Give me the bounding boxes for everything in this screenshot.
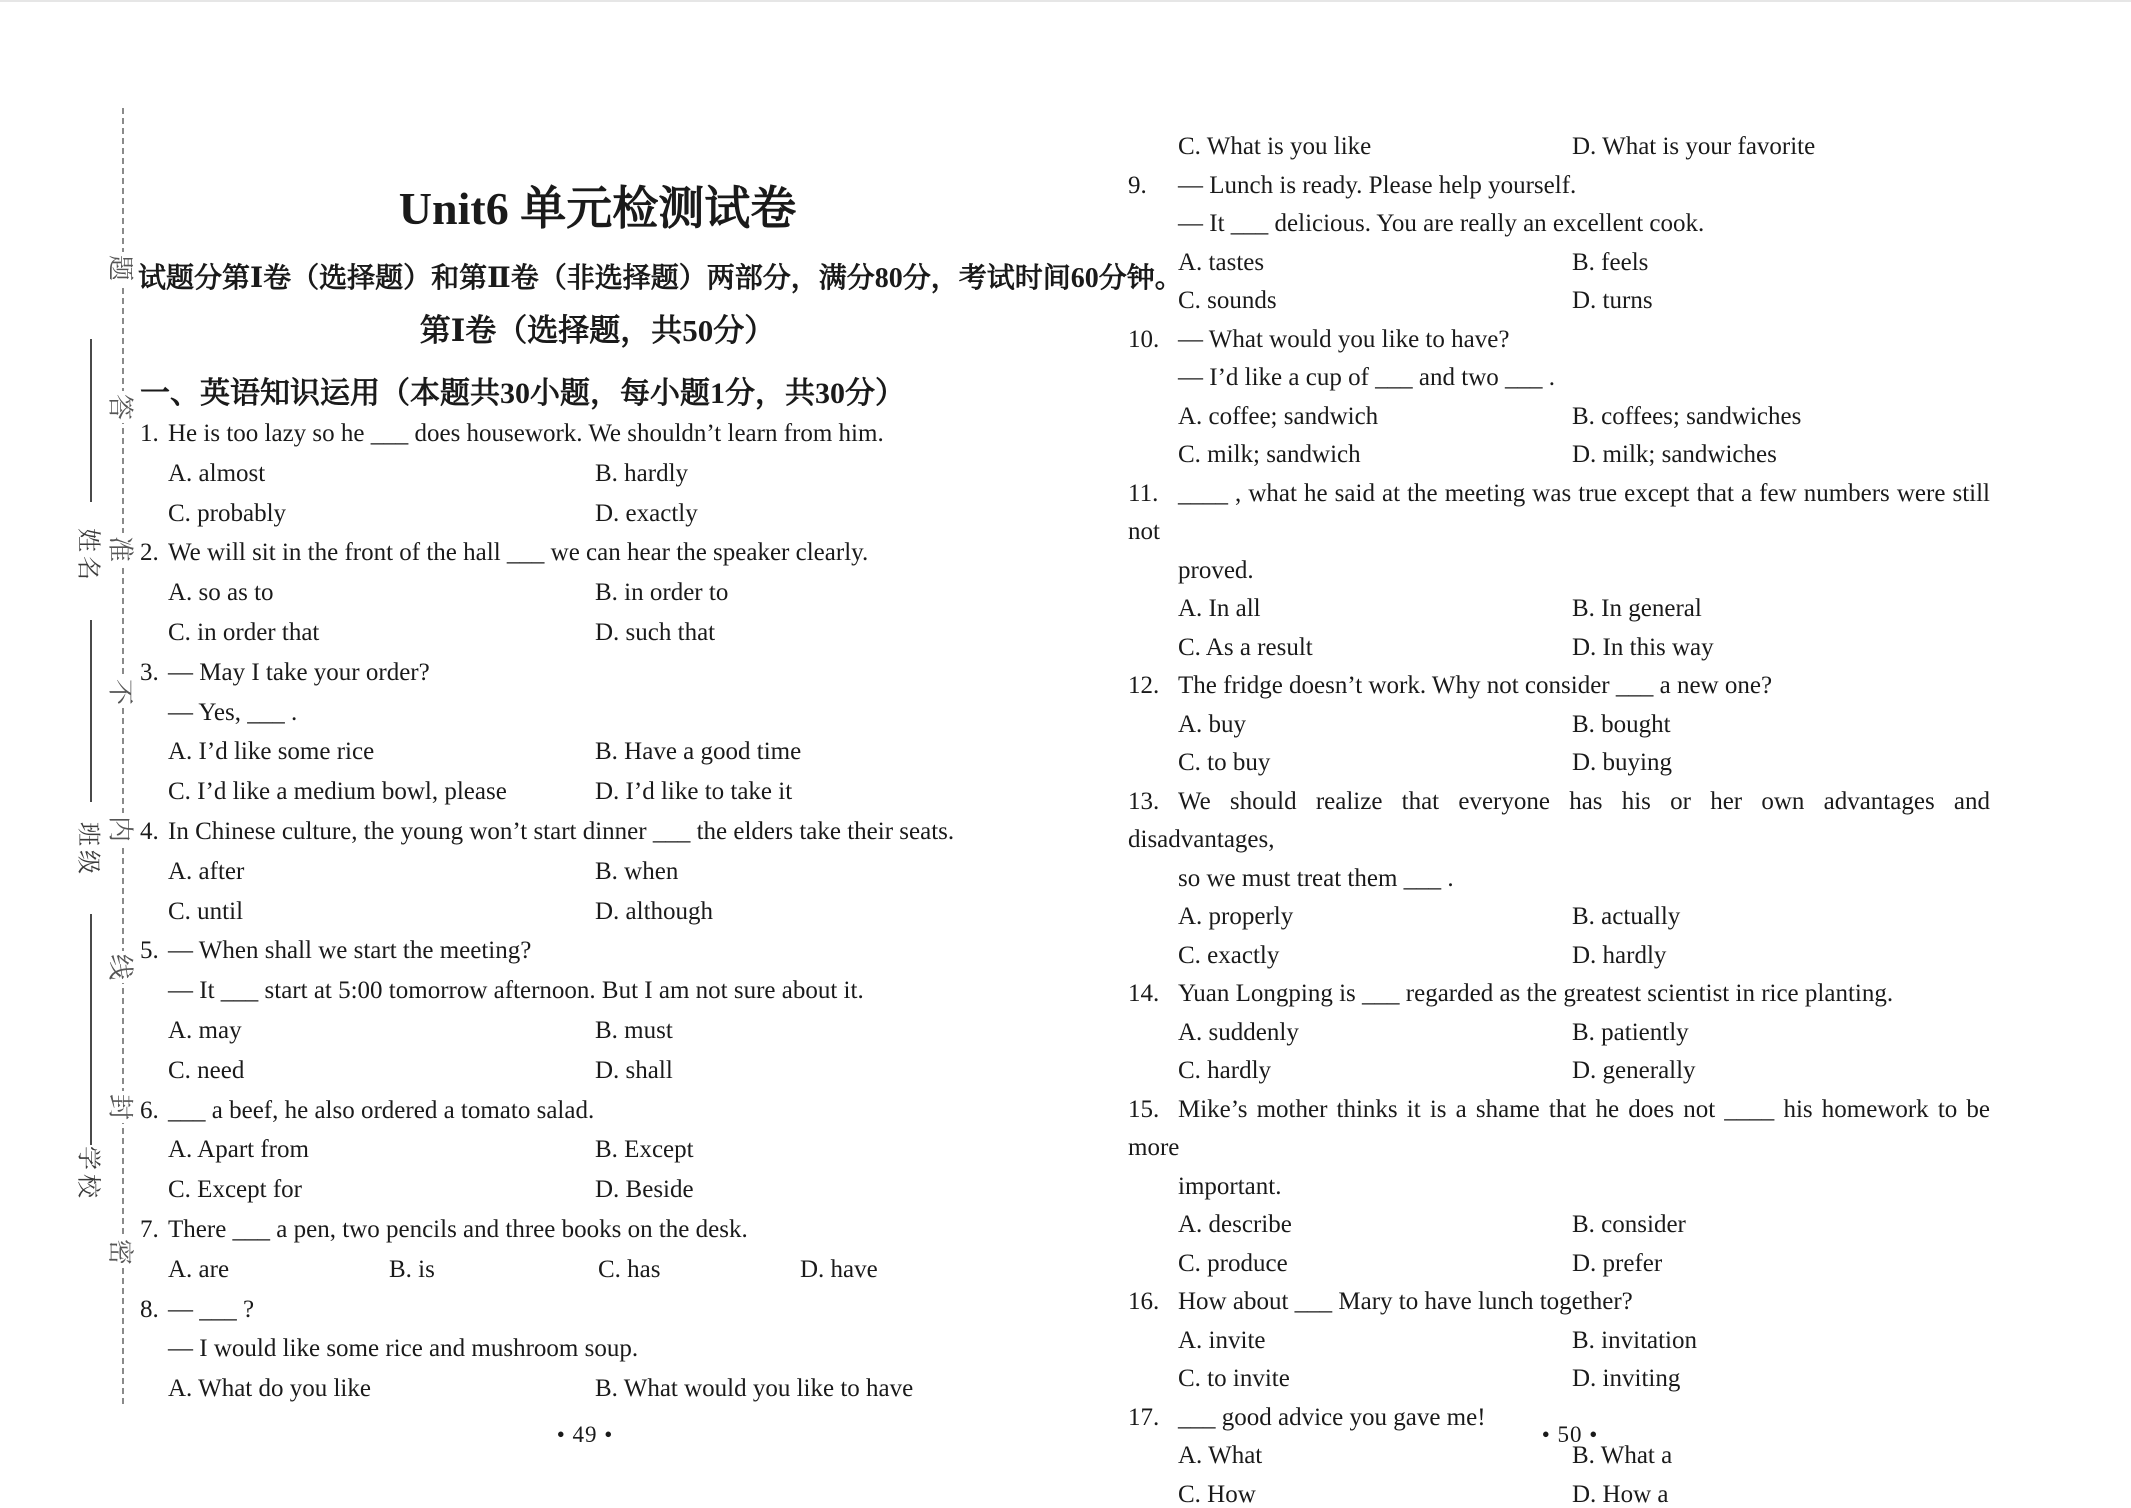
- question-item: 7.There ___ a pen, two pencils and three…: [140, 1210, 968, 1290]
- option-cell: C. exactly: [1178, 937, 1572, 976]
- stem-text: ____ , what he said at the meeting was t…: [1128, 480, 1990, 546]
- option-row: C. in order thatD. such that: [140, 613, 968, 653]
- option-row: C. probablyD. exactly: [140, 494, 968, 534]
- stem-text: — ___ ?: [168, 1296, 254, 1323]
- option-cell: D. What is your favorite: [1572, 128, 1815, 167]
- question-item: 10.— What would you like to have?— I’d l…: [1128, 321, 1990, 475]
- option-cell: D. turns: [1572, 282, 1653, 321]
- question-line: proved.: [1128, 552, 1990, 591]
- option-cell: B. What would you like to have: [595, 1369, 913, 1409]
- option-cell: A. are: [168, 1250, 389, 1290]
- option-cell: D. How a: [1572, 1476, 1669, 1508]
- option-cell: D. hardly: [1572, 937, 1666, 976]
- stem-text: There ___ a pen, two pencils and three b…: [168, 1216, 748, 1243]
- option-row: A. tastesB. feels: [1128, 244, 1990, 283]
- question-number: 8.: [140, 1290, 168, 1330]
- stem-text: Mike’s mother thinks it is a shame that …: [1128, 1096, 1990, 1162]
- question-stem: 12.The fridge doesn’t work. Why not cons…: [1128, 667, 1990, 706]
- seal-label: 班级: [74, 822, 109, 878]
- question-item: 17.___ good advice you gave me!A. WhatB.…: [1128, 1399, 1990, 1508]
- option-row: A. so as toB. in order to: [140, 573, 968, 613]
- option-row: A. suddenlyB. patiently: [1128, 1014, 1990, 1053]
- option-cell: D. Beside: [595, 1170, 694, 1210]
- seal-char: 线: [104, 951, 141, 983]
- option-row: A. mayB. must: [140, 1011, 968, 1051]
- option-row: A. properlyB. actually: [1128, 898, 1990, 937]
- option-cell: B. Have a good time: [595, 732, 801, 772]
- left-page-number: • 49 •: [140, 1422, 1030, 1448]
- option-cell: B. must: [595, 1011, 673, 1051]
- seal-char: 内: [104, 813, 141, 845]
- option-cell: B. patiently: [1572, 1014, 1689, 1053]
- question-item: 14.Yuan Longping is ___ regarded as the …: [1128, 975, 1990, 1091]
- question-number: 15.: [1128, 1091, 1178, 1130]
- question-line: — It ___ delicious. You are really an ex…: [1128, 205, 1990, 244]
- question-number: 13.: [1128, 783, 1178, 822]
- option-cell: B. actually: [1572, 898, 1680, 937]
- page-title: Unit6 单元检测试卷: [140, 172, 1055, 238]
- option-cell: C. probably: [168, 494, 595, 534]
- option-cell: D. buying: [1572, 744, 1672, 783]
- question-stem: 9.— Lunch is ready. Please help yourself…: [1128, 167, 1990, 206]
- option-row: C. untilD. although: [140, 892, 968, 932]
- seal-char: 不: [104, 676, 141, 708]
- option-cell: D. generally: [1572, 1052, 1696, 1091]
- seal-label: 学校: [74, 1146, 109, 1202]
- question-stem: 15.Mike’s mother thinks it is a shame th…: [1128, 1091, 1990, 1168]
- question-item: 11.____ , what he said at the meeting wa…: [1128, 475, 1990, 668]
- stem-text: We will sit in the front of the hall ___…: [168, 539, 868, 566]
- option-row: A. afterB. when: [140, 852, 968, 892]
- stem-text: How about ___ Mary to have lunch togethe…: [1178, 1288, 1633, 1315]
- stem-text: — May I take your order?: [168, 659, 430, 686]
- seal-dashed-line: [122, 108, 124, 1404]
- option-row: A. almostB. hardly: [140, 454, 968, 494]
- option-cell: C. I’d like a medium bowl, please: [168, 772, 595, 812]
- option-cell: A. so as to: [168, 573, 595, 613]
- question-item: 4.In Chinese culture, the young won’t st…: [140, 812, 968, 931]
- option-cell: C. Except for: [168, 1170, 595, 1210]
- option-cell: C. What is you like: [1178, 128, 1572, 167]
- seal-char: 准: [104, 533, 141, 565]
- question-number: 11.: [1128, 475, 1178, 514]
- seal-char: 答: [104, 391, 141, 423]
- question-number: 7.: [140, 1210, 168, 1250]
- question-stem: 14.Yuan Longping is ___ regarded as the …: [1128, 975, 1990, 1014]
- question-item: 2.We will sit in the front of the hall _…: [140, 533, 968, 652]
- question-item: 3.— May I take your order?— Yes, ___ .A.…: [140, 653, 968, 812]
- question-line: — Yes, ___ .: [140, 693, 968, 733]
- stem-text: He is too lazy so he ___ does housework.…: [168, 420, 884, 447]
- option-cell: C. produce: [1178, 1245, 1572, 1284]
- option-cell: B. is: [389, 1250, 598, 1290]
- question-item: 15.Mike’s mother thinks it is a shame th…: [1128, 1091, 1990, 1284]
- question-line: — It ___ start at 5:00 tomorrow afternoo…: [140, 971, 968, 1011]
- seal-blank-line: [90, 339, 92, 502]
- question-stem: 4.In Chinese culture, the young won’t st…: [140, 812, 968, 852]
- question-number: 5.: [140, 931, 168, 971]
- seal-label: 姓名: [74, 528, 109, 584]
- stem-text: Yuan Longping is ___ regarded as the gre…: [1178, 980, 1893, 1007]
- question-item: 1.He is too lazy so he ___ does housewor…: [140, 414, 968, 533]
- question-stem: 10.— What would you like to have?: [1128, 321, 1990, 360]
- seal-blank-line: [90, 620, 92, 802]
- question-stem: 8.— ___ ?: [140, 1290, 968, 1330]
- seal-char: 封: [104, 1091, 141, 1123]
- option-cell: C. sounds: [1178, 282, 1572, 321]
- option-row: A. What do you likeB. What would you lik…: [140, 1369, 968, 1409]
- option-cell: C. until: [168, 892, 595, 932]
- option-row: A. coffee; sandwichB. coffees; sandwiche…: [1128, 398, 1990, 437]
- option-row: A. In allB. In general: [1128, 590, 1990, 629]
- question-number: 3.: [140, 653, 168, 693]
- option-cell: A. I’d like some rice: [168, 732, 595, 772]
- question-number: 4.: [140, 812, 168, 852]
- question-line: so we must treat them ___ .: [1128, 860, 1990, 899]
- question-item: 8.— ___ ?— I would like some rice and mu…: [140, 1290, 968, 1409]
- section-heading: 一、英语知识运用（本题共30小题，每小题1分，共30分）: [140, 368, 905, 412]
- stem-text: The fridge doesn’t work. Why not conside…: [1178, 672, 1772, 699]
- option-cell: C. milk; sandwich: [1178, 436, 1572, 475]
- question-number: 14.: [1128, 975, 1178, 1014]
- question-stem: 2.We will sit in the front of the hall _…: [140, 533, 968, 573]
- option-cell: A. invite: [1178, 1322, 1572, 1361]
- question-number: 6.: [140, 1091, 168, 1131]
- option-cell: C. to invite: [1178, 1360, 1572, 1399]
- stem-text: ___ a beef, he also ordered a tomato sal…: [168, 1097, 594, 1124]
- option-cell: A. may: [168, 1011, 595, 1051]
- option-cell: B. Except: [595, 1130, 694, 1170]
- option-cell: C. has: [598, 1250, 800, 1290]
- seal-char: 密: [104, 1236, 141, 1268]
- option-row: C. needD. shall: [140, 1051, 968, 1091]
- question-number: 1.: [140, 414, 168, 454]
- option-cell: A. almost: [168, 454, 595, 494]
- question-number: 16.: [1128, 1283, 1178, 1322]
- option-cell: D. such that: [595, 613, 715, 653]
- question-stem: 7.There ___ a pen, two pencils and three…: [140, 1210, 968, 1250]
- question-line: — I would like some rice and mushroom so…: [140, 1329, 968, 1369]
- option-row: A. I’d like some riceB. Have a good time: [140, 732, 968, 772]
- option-cell: D. shall: [595, 1051, 673, 1091]
- option-cell: A. buy: [1178, 706, 1572, 745]
- option-cell: D. although: [595, 892, 713, 932]
- question-stem: 6.___ a beef, he also ordered a tomato s…: [140, 1091, 968, 1131]
- option-cell: B. when: [595, 852, 678, 892]
- option-cell: D. I’d like to take it: [595, 772, 792, 812]
- option-cell: A. describe: [1178, 1206, 1572, 1245]
- option-cell: B. hardly: [595, 454, 688, 494]
- option-cell: D. In this way: [1572, 629, 1714, 668]
- option-row: C. exactlyD. hardly: [1128, 937, 1990, 976]
- option-cell: C. in order that: [168, 613, 595, 653]
- option-cell: A. properly: [1178, 898, 1572, 937]
- option-cell: B. feels: [1572, 244, 1648, 283]
- question-number: 9.: [1128, 167, 1178, 206]
- option-row: C. HowD. How a: [1128, 1476, 1990, 1508]
- option-row: A. Apart fromB. Except: [140, 1130, 968, 1170]
- option-row: A. buyB. bought: [1128, 706, 1990, 745]
- question-item: 9.— Lunch is ready. Please help yourself…: [1128, 167, 1990, 321]
- option-cell: B. invitation: [1572, 1322, 1697, 1361]
- option-cell: A. Apart from: [168, 1130, 595, 1170]
- question-line: important.: [1128, 1168, 1990, 1207]
- question-stem: 11.____ , what he said at the meeting wa…: [1128, 475, 1990, 552]
- question-stem: 1.He is too lazy so he ___ does housewor…: [140, 414, 968, 454]
- option-row: C. What is you likeD. What is your favor…: [1128, 128, 1990, 167]
- question-stem: 5.— When shall we start the meeting?: [140, 931, 968, 971]
- option-cell: D. inviting: [1572, 1360, 1680, 1399]
- option-row: C. to buyD. buying: [1128, 744, 1990, 783]
- option-cell: A. In all: [1178, 590, 1572, 629]
- stem-text: — When shall we start the meeting?: [168, 937, 531, 964]
- option-cell: D. prefer: [1572, 1245, 1662, 1284]
- question-item: 13.We should realize that everyone has h…: [1128, 783, 1990, 976]
- seal-blank-line: [90, 914, 92, 1145]
- question-item: 12.The fridge doesn’t work. Why not cons…: [1128, 667, 1990, 783]
- part-title: 第Ⅰ卷（选择题，共50分）: [140, 305, 1055, 350]
- question-number: 12.: [1128, 667, 1178, 706]
- option-cell: A. coffee; sandwich: [1178, 398, 1572, 437]
- option-cell: C. to buy: [1178, 744, 1572, 783]
- option-cell: C. need: [168, 1051, 595, 1091]
- exam-sheet: 题答准不内线封密姓名班级学校 Unit6 单元检测试卷 试题分第Ⅰ卷（选择题）和…: [0, 0, 2131, 1508]
- left-page-questions: 1.He is too lazy so he ___ does housewor…: [140, 414, 968, 1409]
- stem-text: In Chinese culture, the young won’t star…: [168, 818, 954, 845]
- option-row: A. areB. isC. hasD. have: [140, 1250, 968, 1290]
- option-cell: B. In general: [1572, 590, 1702, 629]
- option-row: C. produceD. prefer: [1128, 1245, 1990, 1284]
- option-cell: A. suddenly: [1178, 1014, 1572, 1053]
- question-item: 16.How about ___ Mary to have lunch toge…: [1128, 1283, 1990, 1399]
- option-cell: B. consider: [1572, 1206, 1686, 1245]
- right-page-number: • 50 •: [1128, 1422, 2012, 1448]
- question-number: 10.: [1128, 321, 1178, 360]
- question-number: 2.: [140, 533, 168, 573]
- option-cell: D. exactly: [595, 494, 698, 534]
- seal-char: 题: [104, 252, 141, 284]
- stem-text: — Lunch is ready. Please help yourself.: [1178, 172, 1576, 199]
- option-row: A. inviteB. invitation: [1128, 1322, 1990, 1361]
- option-cell: C. As a result: [1178, 629, 1572, 668]
- option-row: C. hardlyD. generally: [1128, 1052, 1990, 1091]
- option-cell: C. How: [1178, 1476, 1572, 1508]
- option-cell: D. milk; sandwiches: [1572, 436, 1777, 475]
- option-cell: A. What do you like: [168, 1369, 595, 1409]
- option-row: C. Except forD. Beside: [140, 1170, 968, 1210]
- stem-text: We should realize that everyone has his …: [1128, 788, 1990, 854]
- option-cell: C. hardly: [1178, 1052, 1572, 1091]
- option-row: A. describeB. consider: [1128, 1206, 1990, 1245]
- question-stem: 3.— May I take your order?: [140, 653, 968, 693]
- right-page-questions: C. What is you likeD. What is your favor…: [1128, 128, 1990, 1508]
- option-row: C. soundsD. turns: [1128, 282, 1990, 321]
- option-row: C. to inviteD. inviting: [1128, 1360, 1990, 1399]
- question-line: — I’d like a cup of ___ and two ___ .: [1128, 359, 1990, 398]
- question-item: 5.— When shall we start the meeting?— It…: [140, 931, 968, 1090]
- question-stem: 16.How about ___ Mary to have lunch toge…: [1128, 1283, 1990, 1322]
- option-cell: A. tastes: [1178, 244, 1572, 283]
- option-row: C. I’d like a medium bowl, pleaseD. I’d …: [140, 772, 968, 812]
- question-stem: 13.We should realize that everyone has h…: [1128, 783, 1990, 860]
- question-item: 6.___ a beef, he also ordered a tomato s…: [140, 1091, 968, 1210]
- exam-instruction: 试题分第Ⅰ卷（选择题）和第Ⅱ卷（非选择题）两部分，满分80分，考试时间60分钟。: [138, 256, 1183, 296]
- option-row: C. As a resultD. In this way: [1128, 629, 1990, 668]
- option-cell: A. after: [168, 852, 595, 892]
- option-cell: B. bought: [1572, 706, 1671, 745]
- option-cell: B. coffees; sandwiches: [1572, 398, 1801, 437]
- option-row: C. milk; sandwichD. milk; sandwiches: [1128, 436, 1990, 475]
- option-cell: B. in order to: [595, 573, 728, 613]
- option-cell: D. have: [800, 1250, 878, 1290]
- stem-text: — What would you like to have?: [1178, 326, 1509, 353]
